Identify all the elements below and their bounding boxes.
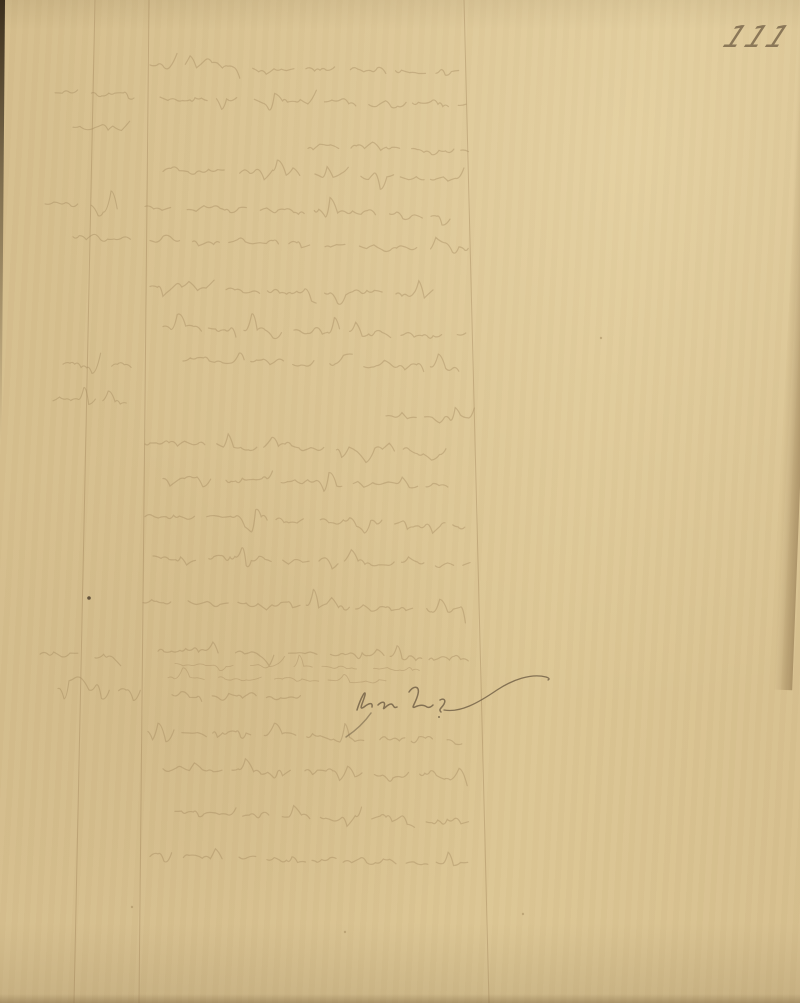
margin-note-line	[40, 652, 121, 666]
margin-notes	[40, 90, 140, 701]
ink-specks	[87, 337, 602, 933]
margin-note-line	[55, 90, 134, 99]
handwriting-line	[308, 142, 469, 155]
margin-note-line	[73, 234, 131, 241]
handwriting-line	[150, 849, 468, 866]
handwriting-line	[175, 806, 469, 828]
signature-handwriting	[346, 676, 549, 737]
vertical-rule-line	[464, 0, 489, 1003]
margin-note-line	[73, 121, 130, 130]
rule-lines	[74, 0, 489, 1003]
handwriting-line	[145, 198, 450, 226]
handwriting-line	[172, 692, 300, 702]
handwriting-line	[163, 160, 464, 189]
handwriting-line	[163, 759, 467, 786]
handwriting-line	[145, 434, 446, 463]
handwriting-line	[150, 235, 468, 253]
interlinear-notes	[168, 655, 419, 683]
vertical-rule-line	[74, 0, 95, 1003]
handwriting-line	[163, 314, 466, 339]
margin-note-line	[58, 677, 140, 700]
signature-stroke	[409, 687, 433, 707]
handwriting-line	[386, 408, 474, 423]
ink-speck	[344, 931, 346, 933]
signature-dot	[438, 716, 440, 718]
handwriting-line	[150, 54, 459, 79]
handwriting-line	[148, 723, 462, 744]
handwriting-line	[153, 548, 470, 569]
margin-note-line	[63, 353, 131, 373]
vertical-rule-line	[139, 0, 149, 1003]
interlinear-line	[175, 655, 419, 671]
handwriting-line	[158, 642, 468, 666]
signature-stroke	[444, 676, 549, 711]
ink-speck	[131, 906, 133, 908]
signature-stroke	[378, 702, 397, 708]
handwriting-block	[143, 54, 474, 866]
handwriting-line	[143, 589, 465, 623]
handwriting-line	[160, 90, 466, 110]
ink-speck	[522, 913, 524, 915]
interlinear-line	[168, 668, 386, 683]
handwriting-line	[183, 353, 459, 372]
margin-note-line	[53, 388, 126, 405]
page-edge-bottom	[0, 994, 800, 1003]
handwriting-line	[163, 471, 448, 491]
manuscript-scan: 111	[0, 0, 800, 1003]
manuscript-page: 111	[0, 0, 800, 1003]
ink-speck	[600, 337, 602, 339]
handwriting-line	[145, 509, 465, 533]
margin-note-line	[45, 191, 117, 216]
ink-speck	[87, 596, 91, 600]
signature-stroke	[357, 693, 372, 710]
handwriting-line	[150, 280, 433, 304]
signature-stroke	[346, 713, 371, 737]
